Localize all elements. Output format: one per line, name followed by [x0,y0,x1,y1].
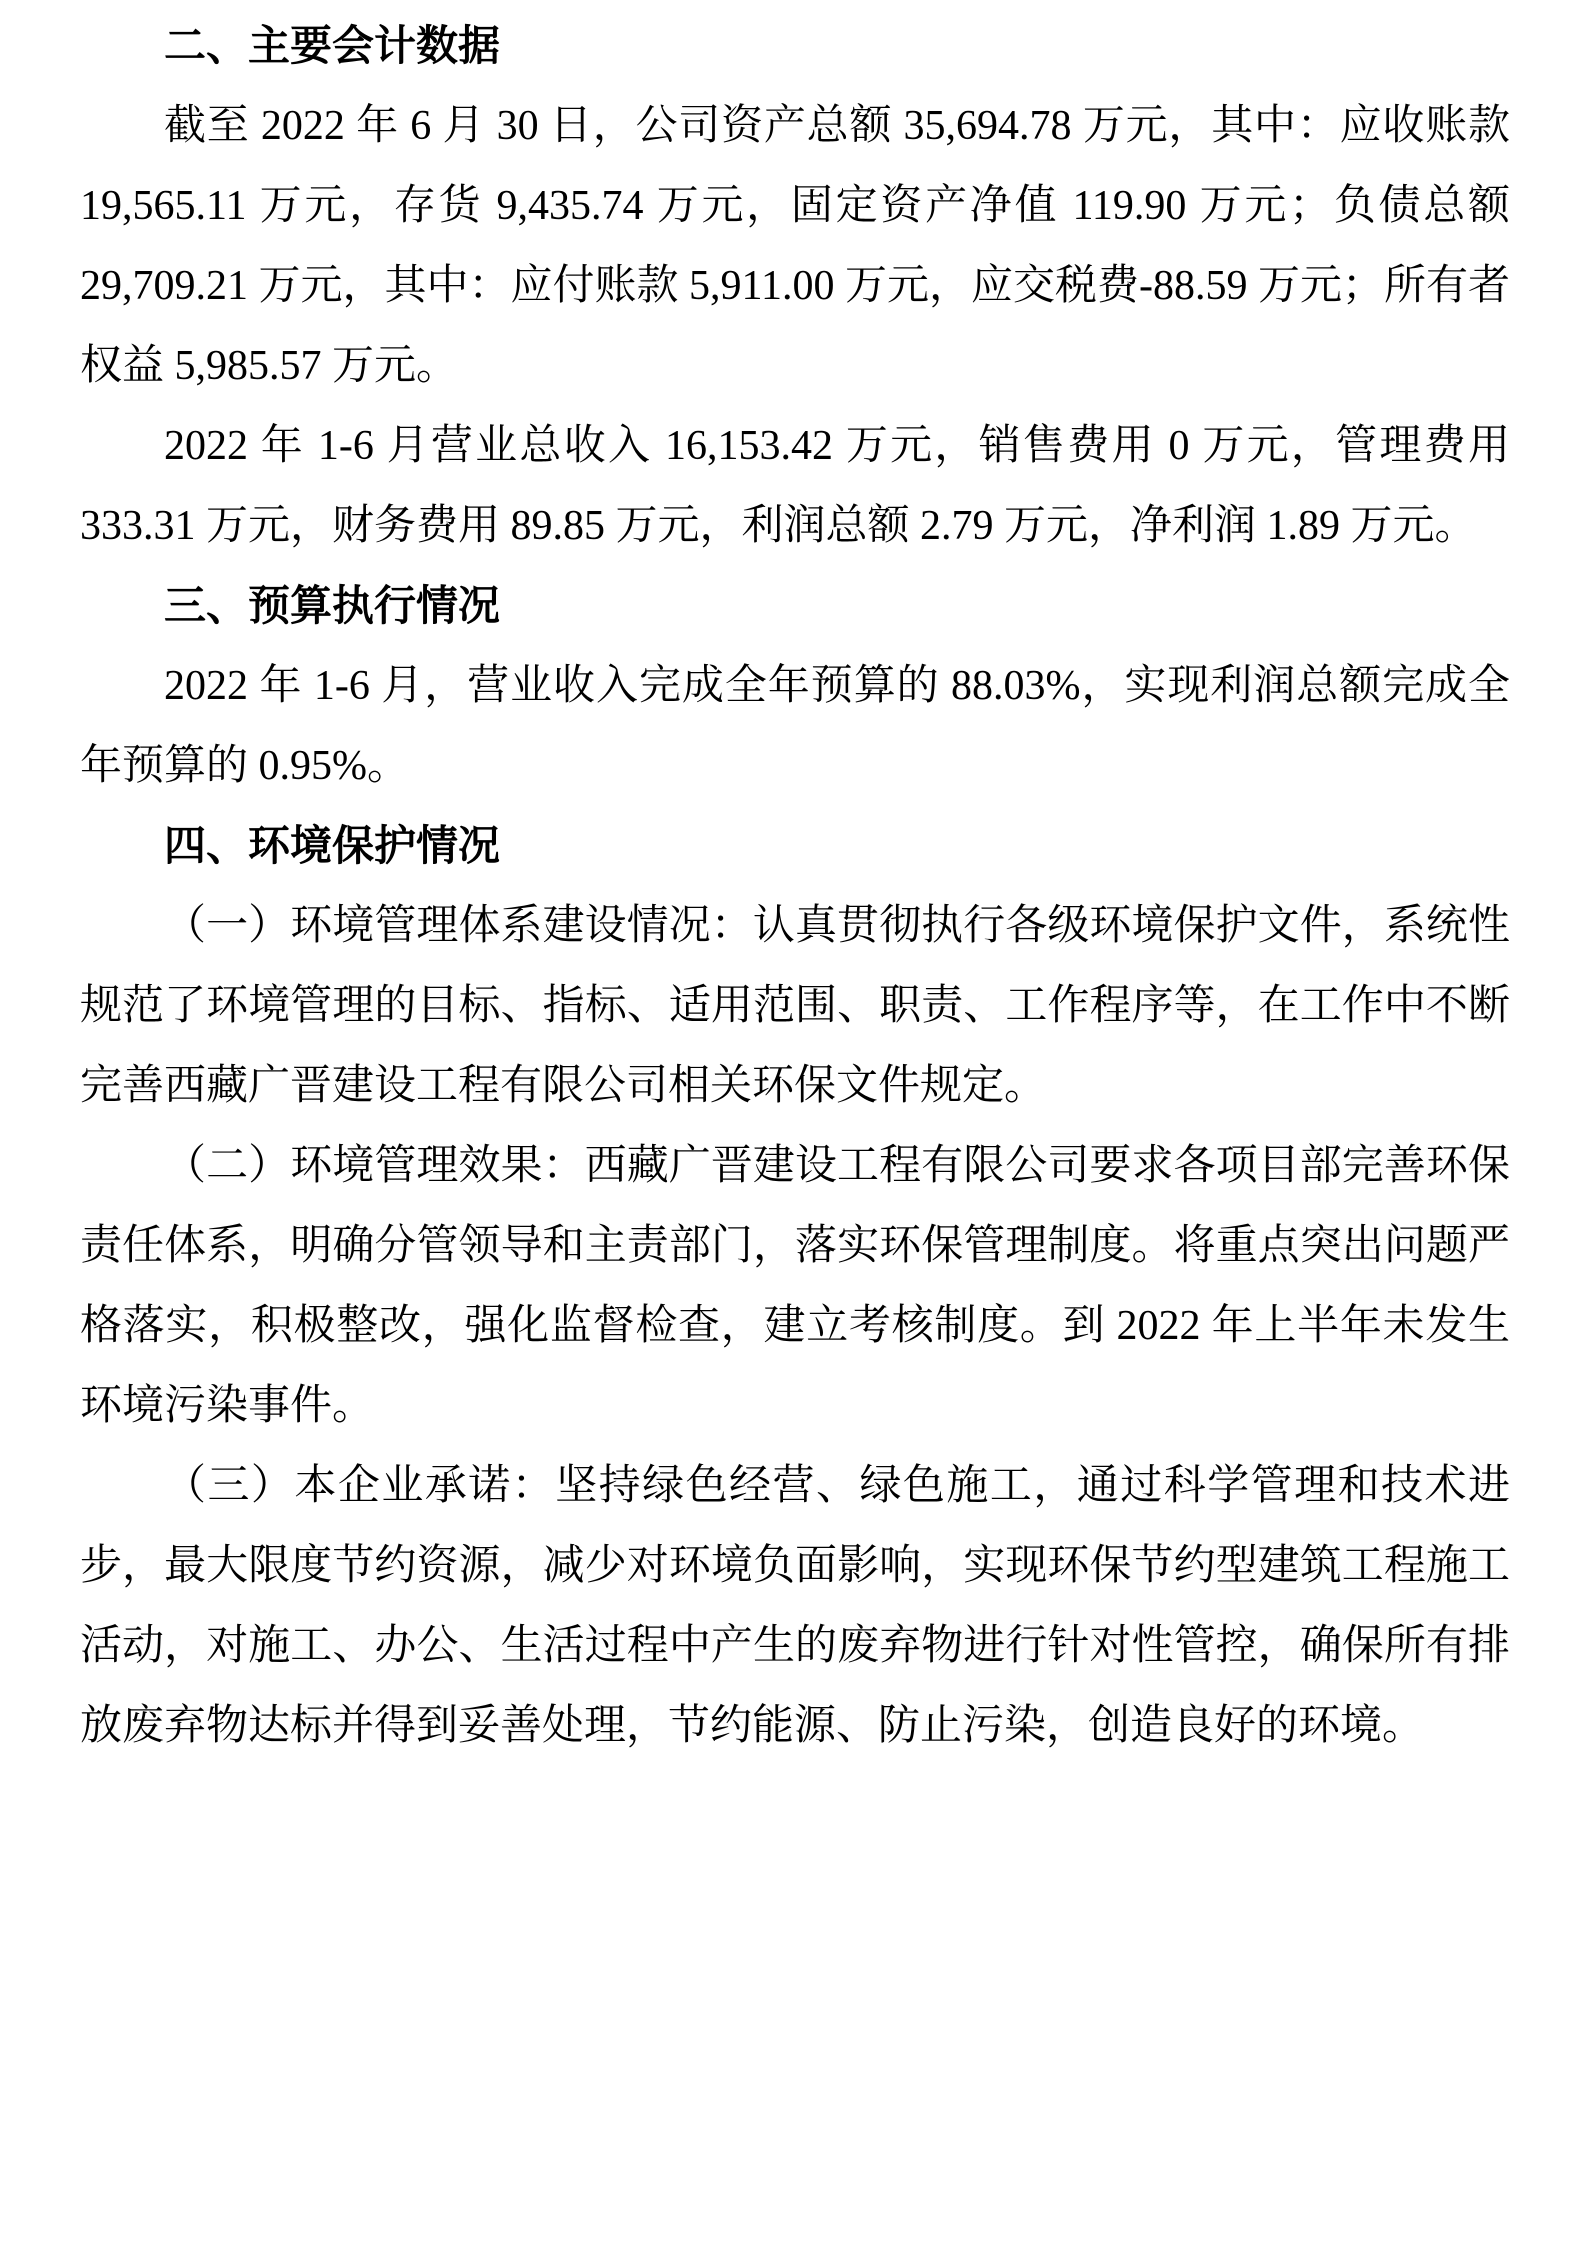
para-revenue-expenses: 2022 年 1-6 月营业总收入 16,153.42 万元，销售费用 0 万元… [80,406,1510,566]
document-page: 二、主要会计数据 截至 2022 年 6 月 30 日，公司资产总额 35,69… [0,0,1587,2245]
para-env-commitment: （三）本企业承诺：坚持绿色经营、绿色施工，通过科学管理和技术进步，最大限度节约资… [80,1446,1510,1766]
para-env-management-system: （一）环境管理体系建设情况：认真贯彻执行各级环境保护文件，系统性规范了环境管理的… [80,886,1510,1126]
para-assets-liabilities: 截至 2022 年 6 月 30 日，公司资产总额 35,694.78 万元，其… [80,86,1510,406]
heading-budget-execution: 三、预算执行情况 [80,566,1510,646]
para-budget-completion: 2022 年 1-6 月，营业收入完成全年预算的 88.03%，实现利润总额完成… [80,646,1510,806]
heading-accounting-data: 二、主要会计数据 [80,6,1510,86]
para-env-management-effect: （二）环境管理效果：西藏广晋建设工程有限公司要求各项目部完善环保责任体系，明确分… [80,1126,1510,1446]
heading-environmental-protection: 四、环境保护情况 [80,806,1510,886]
